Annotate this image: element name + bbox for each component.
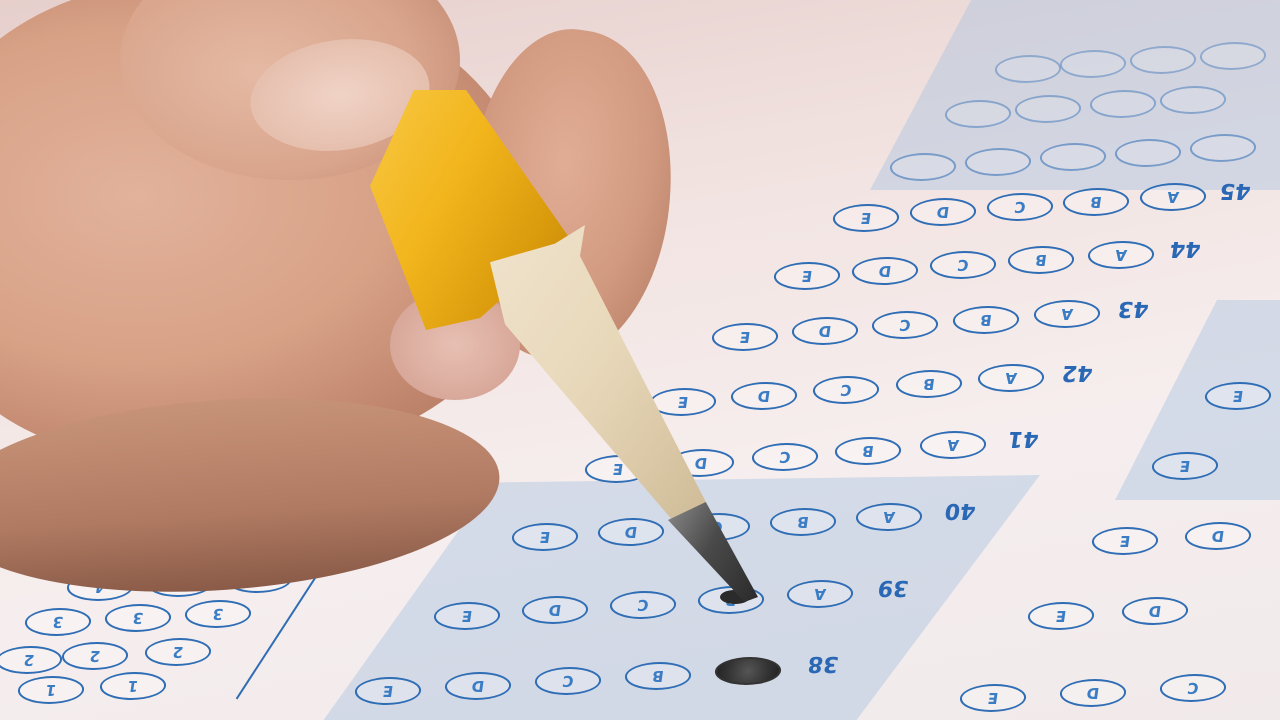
bubble-38-c[interactable]: C xyxy=(533,667,603,695)
digit-bubble[interactable]: 3 xyxy=(23,608,93,636)
digit-bubble[interactable]: 3 xyxy=(183,600,253,628)
bubble-faint[interactable] xyxy=(993,55,1063,83)
bubble-42-d[interactable]: D xyxy=(729,382,799,410)
bubble-faint[interactable] xyxy=(1188,134,1258,162)
bubble-45-d[interactable]: D xyxy=(908,198,978,226)
bubble-43-a[interactable]: A xyxy=(1032,300,1102,328)
bubble-41-b[interactable]: B xyxy=(833,437,903,465)
digit-bubble[interactable]: 2 xyxy=(0,646,64,674)
bubble-right-d[interactable]: D xyxy=(1058,679,1128,707)
bubble-43-b[interactable]: B xyxy=(951,306,1021,334)
bubble-40-e[interactable]: E xyxy=(510,523,580,551)
bubble-38-e[interactable]: E xyxy=(353,677,423,705)
bubble-faint[interactable] xyxy=(1088,90,1158,118)
bubble-44-a[interactable]: A xyxy=(1086,241,1156,269)
bubble-43-d[interactable]: D xyxy=(790,317,860,345)
photo-scene: 45 A B C D E 44 A B C D E 43 A B C D E 4… xyxy=(0,0,1280,720)
digit-bubble[interactable]: 1 xyxy=(16,676,86,704)
bubble-45-a[interactable]: A xyxy=(1138,183,1208,211)
bubble-44-c[interactable]: C xyxy=(928,251,998,279)
bubble-39-d[interactable]: D xyxy=(520,596,590,624)
digit-bubble[interactable]: 1 xyxy=(98,672,168,700)
digit-bubble[interactable]: 3 xyxy=(103,604,173,632)
bubble-45-e[interactable]: E xyxy=(831,204,901,232)
bubble-42-a[interactable]: A xyxy=(976,364,1046,392)
bubble-faint[interactable] xyxy=(888,153,958,181)
bubble-40-d[interactable]: D xyxy=(596,518,666,546)
question-number: 45 xyxy=(1218,178,1252,203)
bubble-45-c[interactable]: C xyxy=(985,193,1055,221)
question-number: 38 xyxy=(806,651,840,676)
bubble-faint[interactable] xyxy=(1038,143,1108,171)
question-number: 43 xyxy=(1116,296,1150,321)
bubble-42-b[interactable]: B xyxy=(894,370,964,398)
bubble-44-e[interactable]: E xyxy=(772,262,842,290)
bubble-45-b[interactable]: B xyxy=(1061,188,1131,216)
question-number: 41 xyxy=(1006,426,1040,451)
bubble-faint[interactable] xyxy=(1158,86,1228,114)
bubble-43-c[interactable]: C xyxy=(870,311,940,339)
bubble-39-e[interactable]: E xyxy=(432,602,502,630)
bubble-right-d[interactable]: D xyxy=(1183,522,1253,550)
question-number: 44 xyxy=(1168,236,1202,261)
bubble-faint[interactable] xyxy=(1058,50,1128,78)
bubble-40-a[interactable]: A xyxy=(854,503,924,531)
bubble-right-e[interactable]: E xyxy=(1203,382,1273,410)
bubble-faint[interactable] xyxy=(1113,139,1183,167)
bubble-right-e[interactable]: E xyxy=(1090,527,1160,555)
bubble-faint[interactable] xyxy=(1013,95,1083,123)
bubble-41-a[interactable]: A xyxy=(918,431,988,459)
bubble-39-c[interactable]: C xyxy=(608,591,678,619)
question-number: 39 xyxy=(876,575,910,600)
digit-bubble[interactable]: 2 xyxy=(60,642,130,670)
question-number: 40 xyxy=(943,498,977,523)
bubble-faint[interactable] xyxy=(943,100,1013,128)
digit-bubble[interactable]: 2 xyxy=(143,638,213,666)
bubble-right-e[interactable]: E xyxy=(1026,602,1096,630)
bubble-44-d[interactable]: D xyxy=(850,257,920,285)
bubble-42-c[interactable]: C xyxy=(811,376,881,404)
bubble-38-d[interactable]: D xyxy=(443,672,513,700)
bubble-39-a[interactable]: A xyxy=(785,580,855,608)
bubble-right-e[interactable]: E xyxy=(958,684,1028,712)
bubble-right-c[interactable]: C xyxy=(1158,674,1228,702)
bubble-faint[interactable] xyxy=(963,148,1033,176)
bubble-38-b[interactable]: B xyxy=(623,662,693,690)
bubble-43-e[interactable]: E xyxy=(710,323,780,351)
bubble-right-e[interactable]: E xyxy=(1150,452,1220,480)
bubble-40-b[interactable]: B xyxy=(768,508,838,536)
bubble-44-b[interactable]: B xyxy=(1006,246,1076,274)
bubble-faint[interactable] xyxy=(1198,42,1268,70)
bubble-right-d[interactable]: D xyxy=(1120,597,1190,625)
bubble-38-a-filled[interactable]: A xyxy=(713,657,783,685)
bubble-41-c[interactable]: C xyxy=(750,443,820,471)
bubble-faint[interactable] xyxy=(1128,46,1198,74)
question-number: 42 xyxy=(1060,360,1094,385)
